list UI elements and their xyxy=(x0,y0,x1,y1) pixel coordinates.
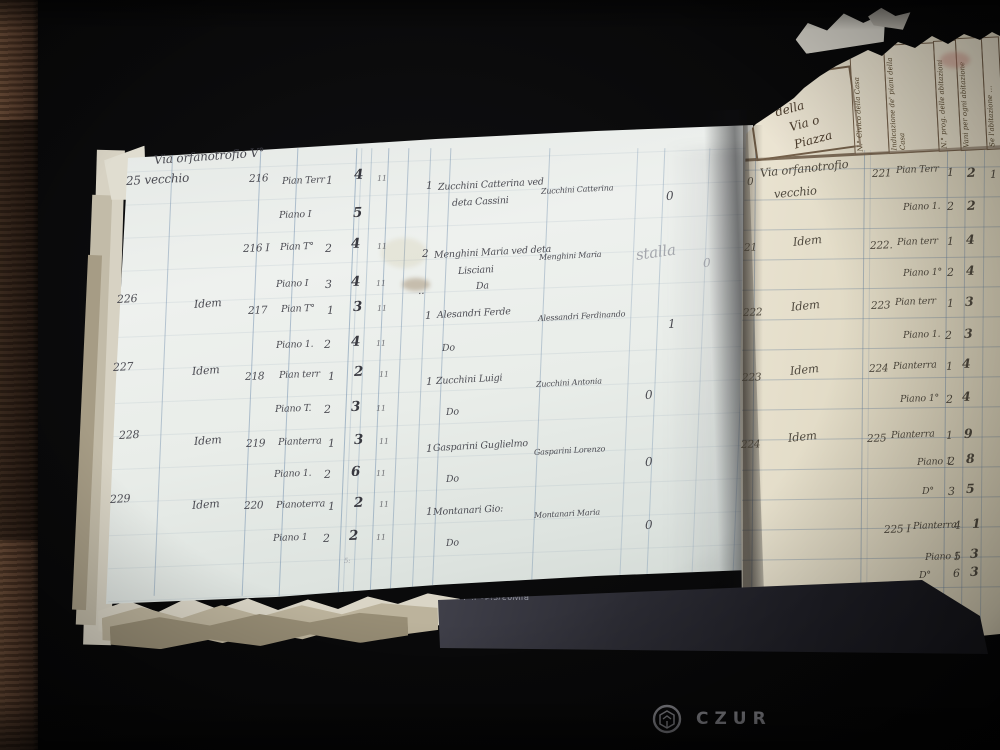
street-idem: Idem xyxy=(192,498,220,511)
margin-number: 229 xyxy=(110,493,131,505)
rooms-count: 3 xyxy=(351,401,361,415)
head-of-family-name: Do xyxy=(442,343,455,353)
edge-cut-number: 1 xyxy=(990,169,997,180)
street-name: vecchio xyxy=(773,185,817,200)
head-of-family-name: Alesandri Ferde xyxy=(437,307,511,320)
street-name: Idem xyxy=(792,234,822,248)
rooms-count: 4 xyxy=(354,169,364,183)
house-number: 220 xyxy=(244,500,264,511)
house-number: 224 xyxy=(869,363,889,374)
ditto-mark: 11 xyxy=(377,243,387,251)
floor-label: Pian T° xyxy=(281,304,315,315)
dwelling-number: 3 xyxy=(325,279,332,290)
street-name: Idem xyxy=(789,363,819,377)
pencil-mark: 5: xyxy=(344,558,351,565)
scanned-photo-scene: NomedellaVia o Piazza N.° Civico della C… xyxy=(0,0,1000,750)
rooms-count: 3 xyxy=(354,434,364,448)
resident-name: Zucchini Catterina xyxy=(541,184,614,196)
resident-name: Montanari Maria xyxy=(534,509,600,520)
occupant-count: 1 xyxy=(426,377,433,388)
margin-number: 224 xyxy=(741,439,761,450)
head-of-family-name: Da xyxy=(476,281,489,291)
tally-circle: 0 xyxy=(645,519,653,531)
street-idem: Idem xyxy=(194,434,222,447)
floor-label: D° xyxy=(919,571,931,581)
floor-label: Piano 1° xyxy=(900,394,939,405)
occupant-count: 1 xyxy=(426,181,433,192)
resident-name: Menghini Maria xyxy=(539,251,602,262)
floor-label: Pian terr xyxy=(897,237,938,248)
rooms-count: 4 xyxy=(351,276,361,290)
floor-label: Pianterra xyxy=(893,360,937,371)
occupant-count: 1 xyxy=(425,311,432,322)
ditto-mark: 11 xyxy=(379,371,389,379)
rooms-count: 4 xyxy=(351,336,361,350)
occupant-count: 1 xyxy=(426,444,433,455)
house-number: 222. xyxy=(870,240,893,251)
rooms-count: 2 xyxy=(354,366,364,380)
dwelling-number: 1 xyxy=(947,298,954,309)
dwelling-number: 1 xyxy=(328,371,335,382)
tally-circle: 1 xyxy=(668,318,676,330)
dwelling-number: 1 xyxy=(946,430,953,441)
rooms-count: 9 xyxy=(964,428,973,441)
rooms-count: 5 xyxy=(353,207,363,221)
ditto-mark: 11 xyxy=(376,470,386,478)
street-header: 25 vecchio xyxy=(126,172,190,187)
dwelling-number: 1 xyxy=(326,175,333,186)
floor-label: Pian Terr xyxy=(896,165,939,176)
head-of-family-name: deta Cassini xyxy=(452,196,509,208)
rooms-count: 2 xyxy=(349,530,359,544)
czur-logo-icon xyxy=(650,702,684,736)
street-name: Idem xyxy=(787,430,817,444)
head-of-family-name: Menghini Maria ved deta xyxy=(434,245,552,261)
rooms-count: 3 xyxy=(965,296,974,309)
house-number: 216 I xyxy=(243,243,270,254)
rooms-count: 4 xyxy=(962,391,971,404)
czur-watermark: CZUR xyxy=(650,698,790,740)
pencil-annotation: stalla xyxy=(635,243,677,263)
tally-circle: 0 xyxy=(666,190,674,202)
dwelling-number: 2 xyxy=(323,533,330,544)
floor-label: Piano 1. xyxy=(276,340,314,351)
tally-circle: 0 xyxy=(645,456,653,468)
floor-label: Pianterra xyxy=(913,520,957,531)
dwelling-number: 2 xyxy=(324,469,331,480)
floor-label: Piano T. xyxy=(275,404,312,415)
tally-circle: 0 xyxy=(645,389,653,401)
floor-label: Piano 1 xyxy=(917,457,952,468)
floor-label: Piano 1° xyxy=(903,268,942,279)
ditto-mark: 11 xyxy=(376,280,386,288)
ditto-mark: 11 xyxy=(377,175,387,183)
ditto-mark: 11 xyxy=(376,340,386,348)
rooms-count: 3 xyxy=(964,328,973,341)
head-of-family-name: Do xyxy=(446,538,459,548)
head-of-family-name: Do xyxy=(446,474,459,484)
floor-label: Piano I xyxy=(276,279,309,290)
floor-label: Pian Terr xyxy=(282,176,325,187)
floor-label: Piano 1 xyxy=(273,533,308,544)
house-number: 225 xyxy=(867,433,887,444)
rooms-count: 8 xyxy=(966,453,975,466)
street-name: Idem xyxy=(790,299,820,313)
house-number: 217 xyxy=(248,305,268,316)
floor-label: Pianterra xyxy=(278,436,322,447)
rooms-count: 2 xyxy=(967,200,976,213)
head-of-family-name: Zucchini Luigi xyxy=(436,374,503,387)
resident-name: Gasparini Lorenzo xyxy=(534,445,606,457)
rooms-count: 4 xyxy=(966,234,975,247)
dwelling-number: 5 xyxy=(954,551,961,562)
head-of-family-name: Gasparini Guglielmo xyxy=(433,439,528,453)
rooms-count: 5 xyxy=(966,483,975,496)
rooms-count: 2 xyxy=(354,497,364,511)
head-of-family-name: Zucchini Catterina ved xyxy=(438,177,544,192)
ditto-mark: 11 xyxy=(377,305,387,313)
house-number: 219 xyxy=(246,438,266,449)
street-idem: Idem xyxy=(192,364,220,377)
dwelling-number: 2 xyxy=(324,339,331,350)
dwelling-number: 2 xyxy=(945,330,952,341)
rooms-count: 2 xyxy=(967,167,976,180)
floor-label: Pian terr xyxy=(279,370,320,381)
dwelling-number: 1 xyxy=(327,305,334,316)
margin-number: 222 xyxy=(743,307,763,318)
occupant-count: 2 xyxy=(422,249,429,260)
rooms-count: 4 xyxy=(351,238,361,252)
dwelling-number: 4 xyxy=(954,520,961,531)
rooms-count: 3 xyxy=(353,301,363,315)
house-number: 216 xyxy=(249,173,269,184)
resident-name: Zucchini Antonia xyxy=(536,378,602,389)
dwelling-number: 1 xyxy=(946,361,953,372)
pencil-annotation: 0 xyxy=(703,257,711,269)
floor-label: Piano 1. xyxy=(903,330,941,341)
dwelling-number: 1 xyxy=(328,438,335,449)
dwelling-number: 1 xyxy=(947,236,954,247)
margin-number: 223 xyxy=(742,372,762,383)
margin-number: 21 xyxy=(744,243,757,254)
house-number: 223 xyxy=(871,300,891,311)
margin-number: 227 xyxy=(113,361,134,373)
dwelling-number: 2 xyxy=(947,267,954,278)
house-number: 221 xyxy=(872,168,892,179)
rooms-count: 3 xyxy=(970,566,979,579)
dwelling-number: 2 xyxy=(946,394,953,405)
floor-label: D° xyxy=(922,487,934,497)
resident-name: Alessandri Ferdinando xyxy=(538,310,626,323)
floor-label: Piano 1. xyxy=(903,202,941,213)
dwelling-number: 2 xyxy=(948,456,955,467)
rooms-count: 4 xyxy=(966,265,975,278)
floor-label: Pian terr xyxy=(895,297,936,308)
street-name: Via orfanotrofio xyxy=(759,159,849,180)
dwelling-number: 6 xyxy=(953,568,960,579)
head-of-family-name: Do xyxy=(446,407,459,417)
head-of-family-name: Lisciani xyxy=(458,265,494,276)
margin-number: 228 xyxy=(119,429,140,441)
house-number: 225 I xyxy=(884,524,911,535)
ditto-mark: 11 xyxy=(376,405,386,413)
dwelling-number: 2 xyxy=(325,243,332,254)
floor-label: Pian T° xyxy=(280,242,314,253)
floor-label: Pianoterra xyxy=(276,499,325,510)
floor-label: Piano I xyxy=(279,210,312,221)
dwelling-number: 1 xyxy=(328,501,335,512)
rooms-count: 4 xyxy=(962,358,971,371)
margin-number: 0 xyxy=(747,177,754,188)
head-of-family-name: Montanari Gio: xyxy=(433,504,504,517)
rooms-count: 6 xyxy=(351,466,361,480)
dwelling-number: 2 xyxy=(324,404,331,415)
czur-logo-text: CZUR xyxy=(696,709,772,729)
rooms-count: 3 xyxy=(970,548,979,561)
house-number: 218 xyxy=(245,371,265,382)
dwelling-number: 1 xyxy=(947,167,954,178)
occupant-count: .. xyxy=(418,286,425,297)
floor-label: Piano 1. xyxy=(274,469,312,480)
street-header: Via orfanotrofio V° xyxy=(154,146,265,166)
ditto-mark: 11 xyxy=(376,534,386,542)
margin-number: 226 xyxy=(117,293,138,305)
occupant-count: 1 xyxy=(426,507,433,518)
rooms-count: 1 xyxy=(972,518,981,531)
street-idem: Idem xyxy=(194,297,222,310)
floor-label: Pianterra xyxy=(891,429,935,440)
ditto-mark: 11 xyxy=(379,501,389,509)
ditto-mark: 11 xyxy=(379,438,389,446)
dwelling-number: 3 xyxy=(948,486,955,497)
dwelling-number: 2 xyxy=(947,201,954,212)
